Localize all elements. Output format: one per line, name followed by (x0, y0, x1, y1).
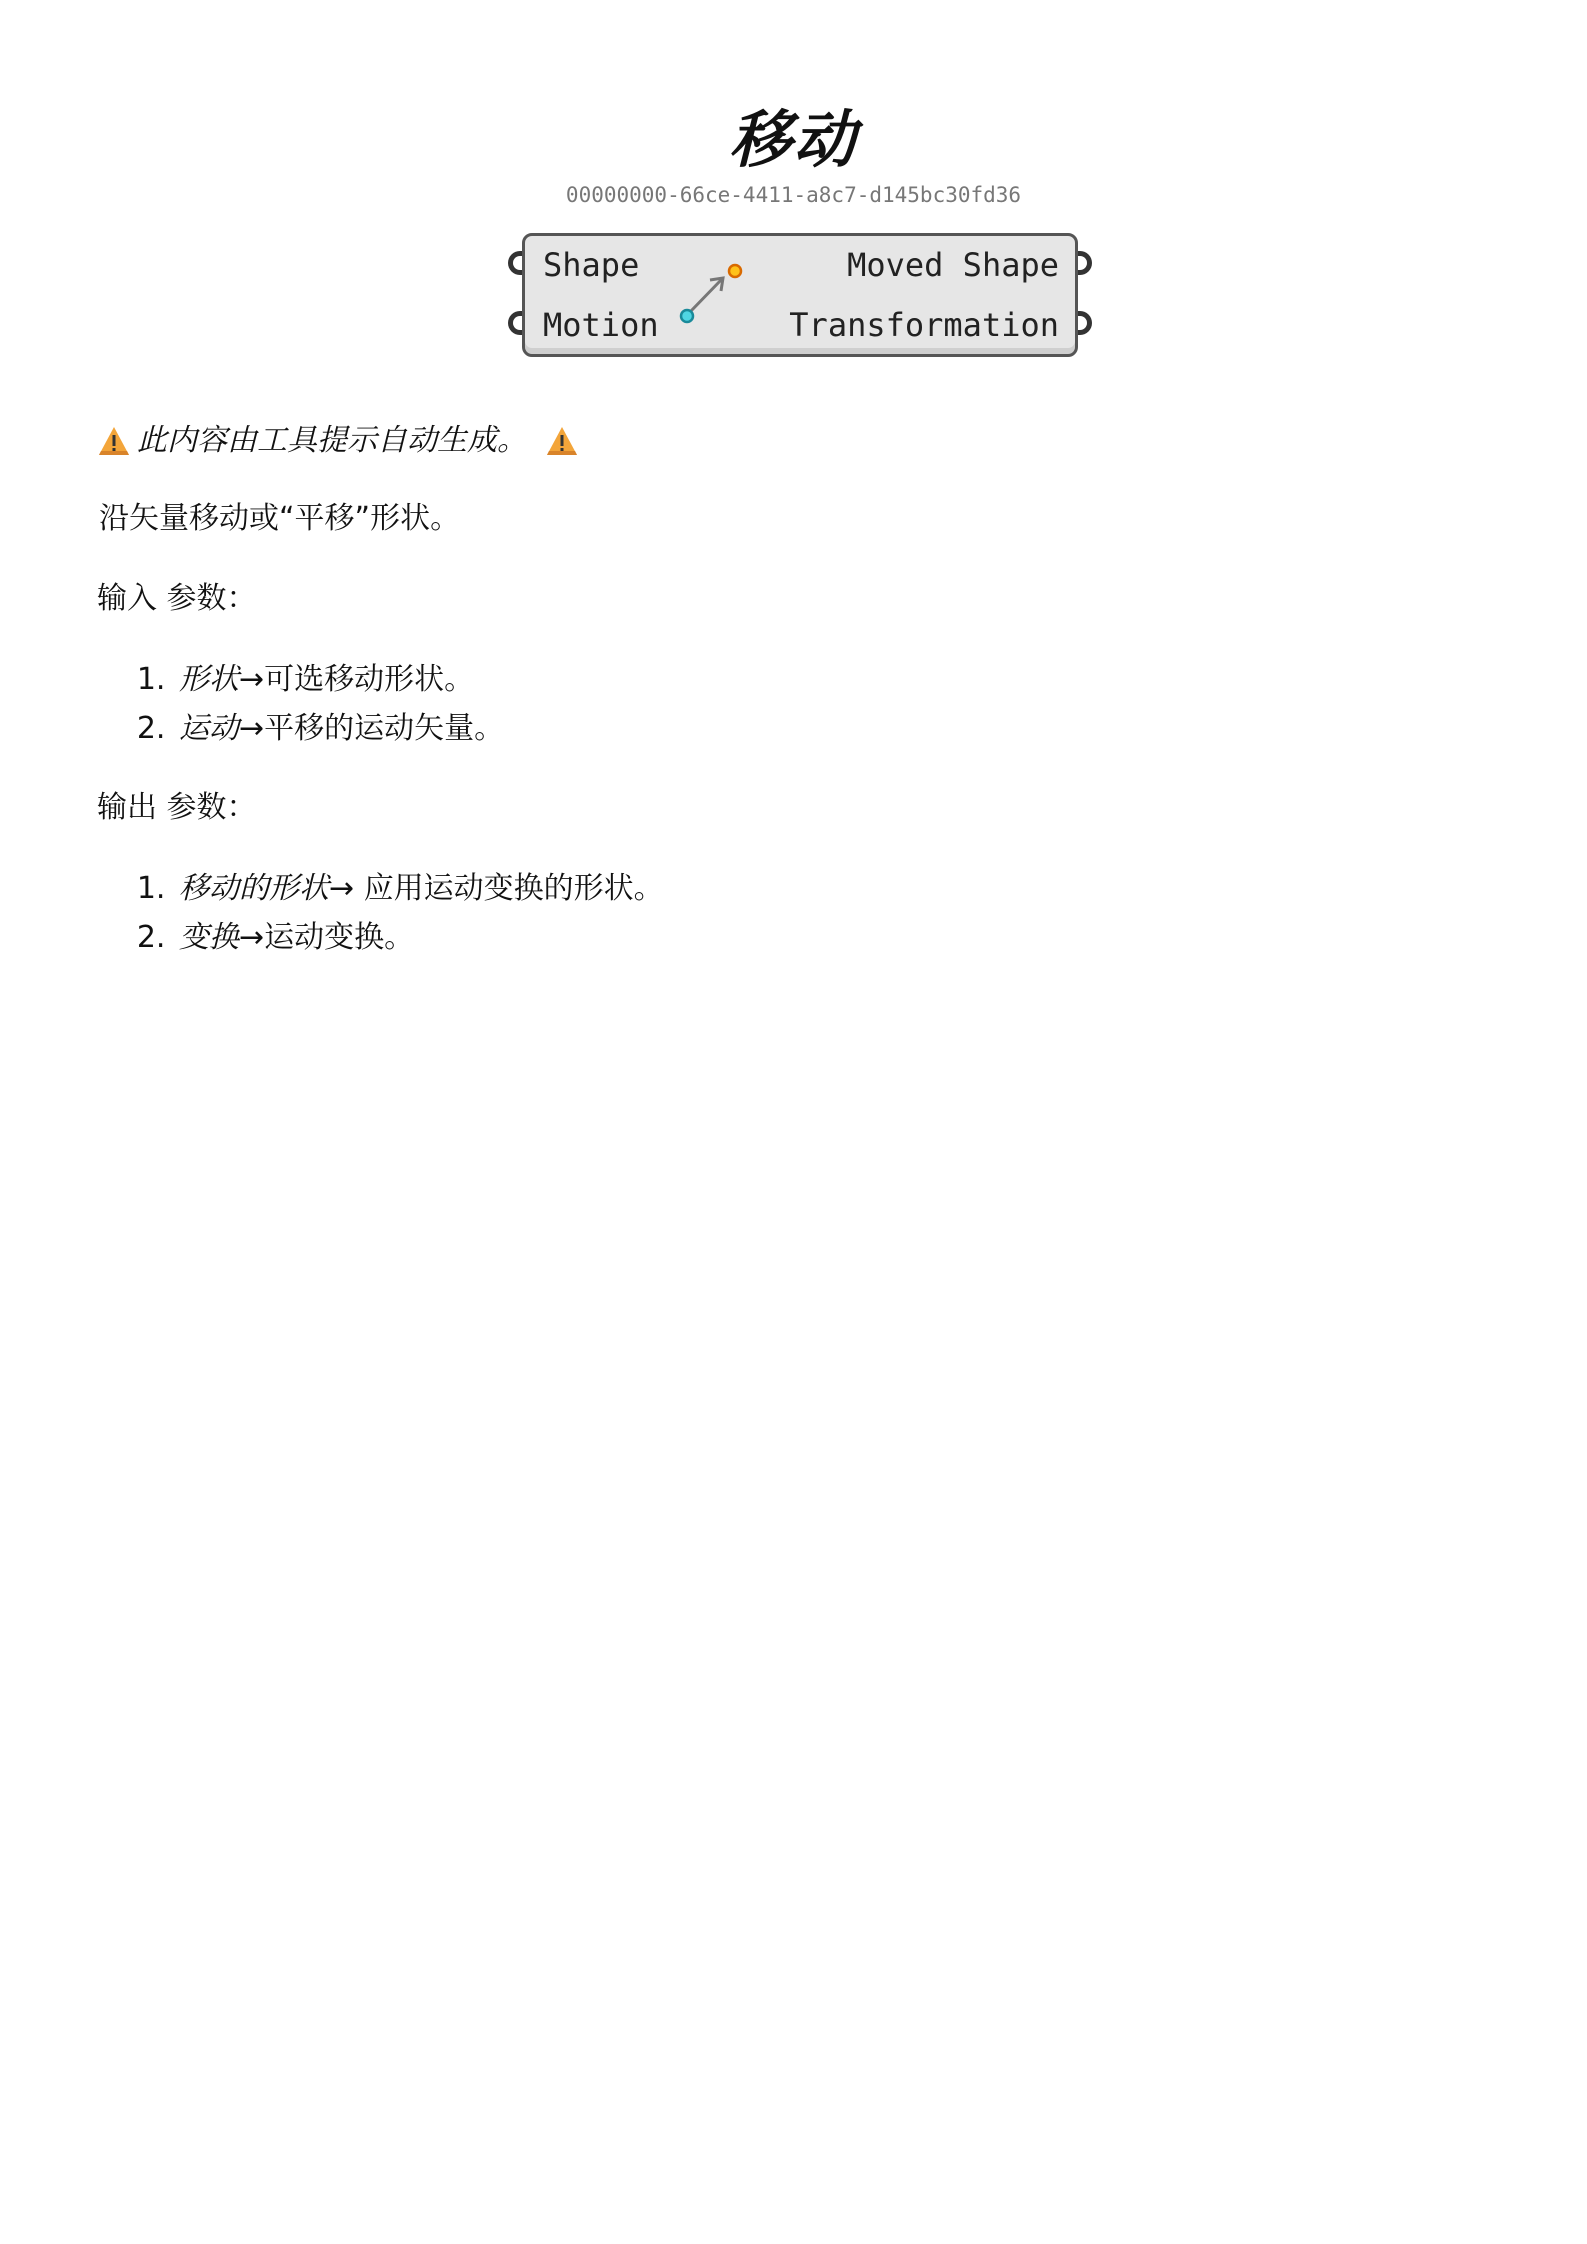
param-desc: 运动变换。 (264, 920, 414, 955)
output-label-transformation: Transformation (789, 305, 1059, 345)
param-desc: 可选移动形状。 (264, 662, 474, 697)
page-title: 移动 (0, 100, 1587, 180)
list-item: 运动→平移的运动矢量。 (175, 704, 504, 753)
notice-text: 此内容由工具提示自动生成。 (137, 418, 527, 464)
output-label-moved-shape: Moved Shape (847, 245, 1059, 285)
arrow-icon: → (239, 662, 264, 697)
param-desc: 应用运动变换的形状。 (364, 871, 664, 906)
list-item: 移动的形状→ 应用运动变换的形状。 (175, 864, 664, 913)
param-name: 变换 (179, 920, 239, 955)
list-item: 变换→运动变换。 (175, 913, 664, 962)
component-guid: 00000000-66ce-4411-a8c7-d145bc30fd36 (0, 183, 1587, 207)
param-desc: 平移的运动矢量。 (264, 711, 504, 746)
param-name: 运动 (179, 711, 239, 746)
input-label-motion: Motion (543, 305, 659, 345)
inputs-heading: 输入 参数： (97, 576, 257, 622)
move-arrow-icon (670, 255, 750, 325)
output-grip-transformation[interactable] (1078, 311, 1092, 335)
arrow-icon: → (239, 920, 264, 955)
param-name: 移动的形状 (179, 871, 329, 906)
arrow-icon: → (329, 871, 364, 906)
param-name: 形状 (179, 662, 239, 697)
warning-icon (545, 424, 579, 458)
input-grip-motion[interactable] (508, 311, 522, 335)
auto-generated-notice: 此内容由工具提示自动生成。 (97, 418, 579, 464)
output-grip-moved-shape[interactable] (1078, 251, 1092, 275)
input-grip-shape[interactable] (508, 251, 522, 275)
description: 沿矢量移动或“平移”形状。 (99, 496, 460, 542)
outputs-heading: 输出 参数： (97, 785, 257, 831)
outputs-list: 移动的形状→ 应用运动变换的形状。 变换→运动变换。 (97, 864, 664, 962)
warning-icon (97, 424, 131, 458)
input-label-shape: Shape (543, 245, 639, 285)
inputs-list: 形状→可选移动形状。 运动→平移的运动矢量。 (97, 655, 504, 753)
list-item: 形状→可选移动形状。 (175, 655, 504, 704)
arrow-icon: → (239, 711, 264, 746)
